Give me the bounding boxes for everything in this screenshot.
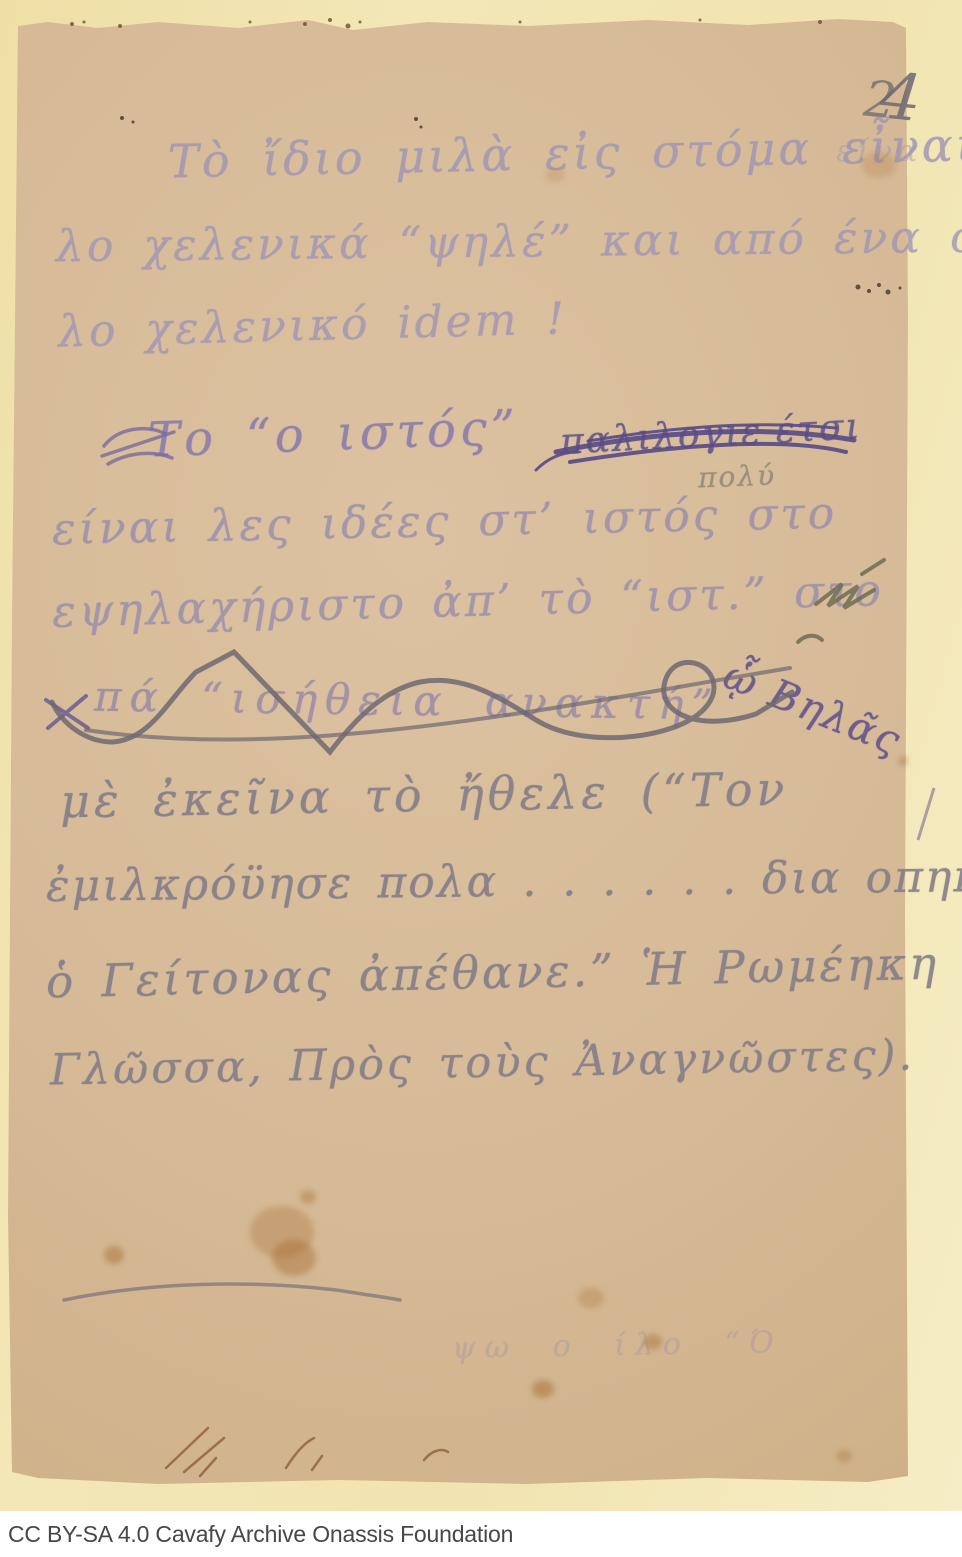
license-caption: CC BY-SA 4.0 Cavafy Archive Onassis Foun… xyxy=(8,1511,962,1557)
scanned-manuscript: 2 4 είνα Τὸ ἴδιο μιλὰ εἰς στόμα εἶναι λο… xyxy=(0,0,962,1557)
license-caption-bar: CC BY-SA 4.0 Cavafy Archive Onassis Foun… xyxy=(0,1511,962,1557)
foxing-spot xyxy=(532,1380,554,1398)
pencil-arc-mark xyxy=(64,1284,400,1300)
olive-scribble xyxy=(798,560,884,642)
foxing-spot xyxy=(545,168,565,182)
foxing-spot xyxy=(898,756,908,766)
scribble-strikethrough xyxy=(102,429,174,464)
ink-specks xyxy=(120,116,902,295)
foxing-spot xyxy=(300,1190,316,1204)
pencil-marks-overlay xyxy=(0,0,962,1557)
heavy-strikethrough xyxy=(536,425,854,470)
foxing-spot xyxy=(644,1334,662,1350)
zigzag-strikethrough xyxy=(52,652,792,752)
foxing-spot xyxy=(836,1450,852,1462)
foxing-spot xyxy=(578,1288,604,1308)
torn-edge-specks xyxy=(70,18,822,29)
foxing-spot xyxy=(104,1246,124,1264)
foxing-spot xyxy=(862,152,896,178)
foxing-spot xyxy=(272,1240,316,1276)
stray-slash-mark xyxy=(918,788,934,840)
scratch-marks xyxy=(166,1428,448,1476)
